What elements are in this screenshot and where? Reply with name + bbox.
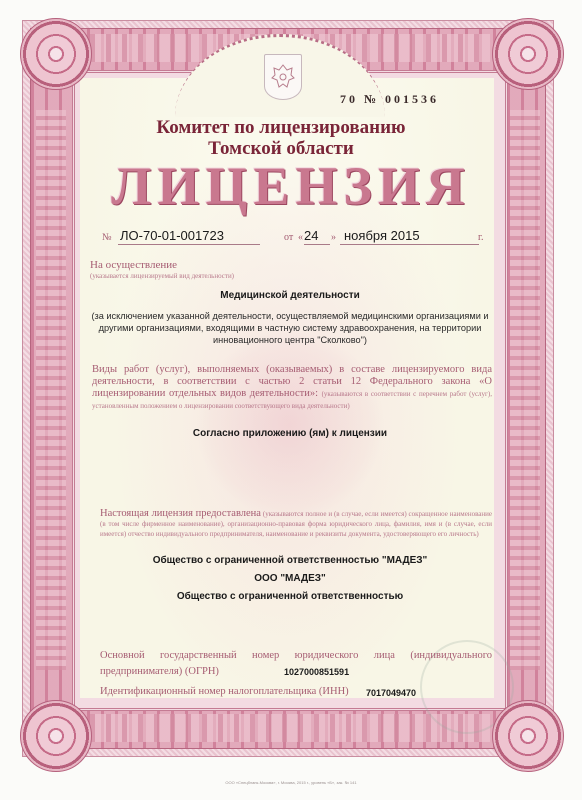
rosette-icon	[20, 18, 92, 90]
licensee-short-name: ООО "МАДЕЗ"	[80, 573, 500, 584]
license-number-row: № ЛО-70-01-001723 от « 24 » ноября 2015 …	[102, 228, 482, 248]
bottom-guilloche	[90, 714, 490, 742]
coat-of-arms-icon	[264, 54, 302, 100]
rosette-icon	[492, 700, 564, 772]
quote-open: «	[298, 232, 303, 243]
inn-value: 7017049470	[366, 688, 416, 698]
works-label: Виды работ (услуг), выполняемых (оказыва…	[92, 364, 492, 412]
inn-label: Идентификационный номер налогоплательщик…	[100, 686, 349, 697]
licensee-label-text: Настоящая лицензия предоставлена	[100, 508, 261, 519]
license-month-year: ноября 2015	[340, 228, 479, 245]
ogrn-value: 1027000851591	[284, 667, 349, 677]
activity-label: На осуществление	[90, 259, 177, 271]
year-suffix: г.	[478, 232, 483, 243]
rosette-icon	[20, 700, 92, 772]
works-value: Согласно приложению (ям) к лицензии	[80, 428, 500, 439]
licensee-legal-form: Общество с ограниченной ответственностью	[80, 591, 500, 602]
licensee-full-name: Общество с ограниченной ответственностью…	[80, 555, 500, 566]
license-day: 24	[304, 228, 330, 245]
printer-imprint: ООО «Спецбланк-Москва», г. Москва, 2015 …	[0, 780, 582, 785]
document-title: ЛИЦЕНЗИЯ	[0, 155, 582, 217]
date-from-label: от	[284, 232, 293, 243]
licensee-label: Настоящая лицензия предоставлена (указыв…	[100, 509, 492, 539]
watermark-emblem	[195, 330, 385, 520]
quote-close: »	[331, 232, 336, 243]
blank-serial-number: 70 № 001536	[340, 92, 439, 107]
activity-exclusion: (за исключением указанной деятельности, …	[84, 310, 496, 346]
issuing-authority: Комитет по лицензированию	[0, 117, 572, 139]
number-label: №	[102, 232, 112, 243]
license-document: 70 № 001536 Комитет по лицензированию То…	[0, 0, 582, 800]
license-number: ЛО-70-01-001723	[118, 228, 260, 245]
activity-value: Медицинской деятельности	[80, 290, 500, 301]
activity-hint: (указывается лицензируемый вид деятельно…	[90, 272, 234, 280]
rosette-icon	[492, 18, 564, 90]
